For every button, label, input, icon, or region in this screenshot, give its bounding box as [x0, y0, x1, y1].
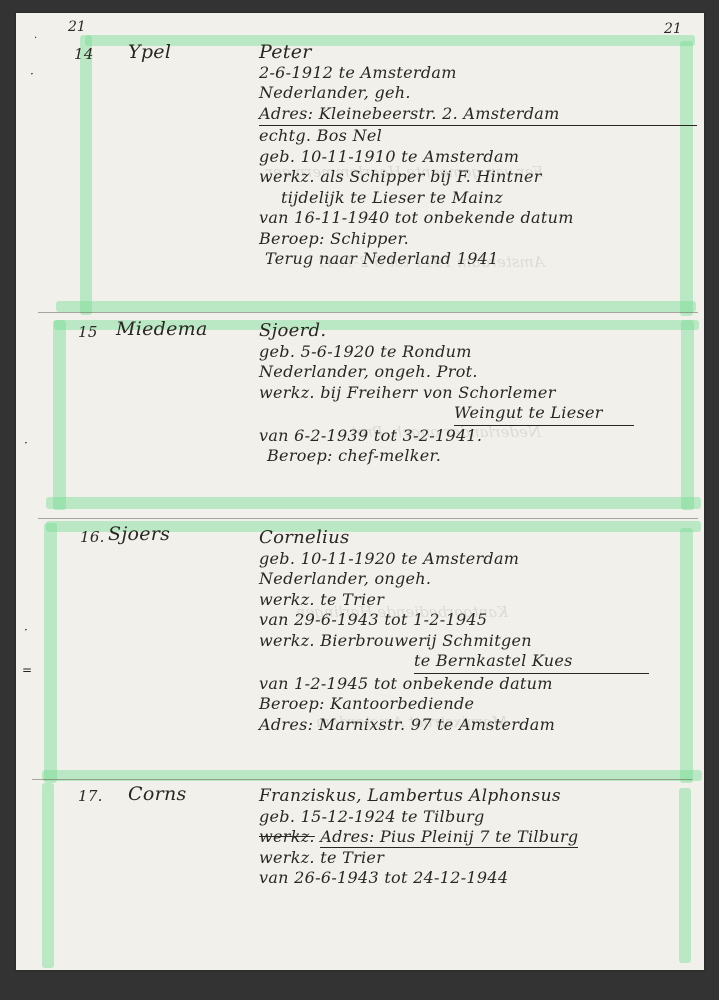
page-number-left: 21 — [68, 19, 86, 35]
highlight-frame-right — [680, 528, 693, 783]
detail-line: werkz. te Trier — [259, 590, 649, 611]
detail-line: Nederlander, geh. — [259, 83, 697, 104]
highlight-frame-bottom — [56, 301, 696, 312]
detail-line: Franziskus, Lambertus Alphonsus — [259, 786, 578, 807]
address-text: Adres: Pius Pleinij 7 te Tilburg — [320, 827, 578, 848]
detail-line: van 1-2-1945 tot onbekende datum — [259, 674, 649, 695]
entry-surname: Miedema — [116, 318, 208, 340]
margin-dot: · — [24, 436, 28, 450]
margin-dot: · — [34, 33, 37, 44]
detail-line: werkz. Adres: Pius Pleinij 7 te Tilburg — [259, 827, 578, 848]
detail-line: geb. 5-6-1920 te Rondum — [259, 342, 634, 363]
scanned-page: Fer van gemeente Haarlemmermeer Amsterda… — [16, 13, 704, 970]
entry-surname: Ypel — [128, 41, 171, 63]
entry-separator — [38, 312, 698, 313]
entry-number: 14 — [74, 45, 94, 63]
margin-dot: · — [30, 67, 34, 81]
entry-details: Franziskus, Lambertus Alphonsus geb. 15-… — [259, 786, 578, 889]
entry-details: Sjoerd. geb. 5-6-1920 te Rondum Nederlan… — [259, 321, 634, 467]
entry-number: 17. — [78, 787, 103, 805]
detail-line: geb. 15-12-1924 te Tilburg — [259, 807, 578, 828]
highlight-frame-right — [681, 320, 694, 510]
struck-word: werkz. — [259, 827, 315, 846]
highlight-frame-bottom — [46, 497, 701, 509]
highlight-frame-left — [80, 35, 92, 315]
detail-line: Beroep: chef-melker. — [259, 446, 634, 467]
detail-line: Nederlander, ongeh. Prot. — [259, 362, 634, 383]
detail-line: Sjoerd. — [259, 321, 634, 342]
detail-line: van 29-6-1943 tot 1-2-1945 — [259, 610, 649, 631]
detail-line: van 16-11-1940 tot onbekende datum — [259, 208, 697, 229]
detail-line: van 26-6-1943 tot 24-12-1944 — [259, 868, 578, 889]
entry-separator — [32, 779, 692, 780]
detail-line: Adres: Marnixstr. 97 te Amsterdam — [259, 715, 649, 736]
detail-line: werkz. Bierbrouwerij Schmitgen — [259, 631, 649, 652]
detail-line: Cornelius — [259, 528, 649, 549]
detail-line: werkz. bij Freiherr von Schorlemer — [259, 383, 634, 404]
highlight-frame-left — [53, 320, 66, 510]
detail-line: 2-6-1912 te Amsterdam — [259, 63, 697, 84]
detail-line: Beroep: Schipper. — [259, 229, 697, 250]
detail-line: Adres: Kleinebeerstr. 2. Amsterdam — [259, 104, 697, 127]
entry-details: Peter 2-6-1912 te Amsterdam Nederlander,… — [259, 42, 697, 270]
highlight-frame-left — [42, 783, 54, 968]
margin-dot: · — [24, 623, 28, 637]
detail-line: werkz. te Trier — [259, 848, 578, 869]
entry-separator — [38, 518, 698, 519]
detail-line: echtg. Bos Nel — [259, 126, 697, 147]
highlight-frame-left — [44, 523, 57, 783]
entry-surname: Corns — [128, 783, 187, 805]
detail-line: van 6-2-1939 tot 3-2-1941. — [259, 426, 634, 447]
detail-line: Terug naar Nederland 1941 — [259, 249, 697, 270]
detail-line: Nederlander, ongeh. — [259, 569, 649, 590]
highlight-frame-right — [679, 788, 691, 963]
detail-line: werkz. als Schipper bij F. Hintner — [259, 167, 697, 188]
entry-details: Cornelius geb. 10-11-1920 te Amsterdam N… — [259, 528, 649, 735]
detail-line: Peter — [259, 42, 697, 63]
entry-surname: Sjoers — [108, 523, 170, 545]
margin-dash: = — [22, 663, 32, 677]
detail-line: tijdelijk te Lieser te Mainz — [259, 188, 697, 209]
entry-number: 15 — [78, 323, 98, 341]
detail-line: geb. 10-11-1920 te Amsterdam — [259, 549, 649, 570]
detail-line: geb. 10-11-1910 te Amsterdam — [259, 147, 697, 168]
detail-line: Weingut te Lieser — [454, 403, 634, 426]
detail-line: te Bernkastel Kues — [414, 651, 649, 674]
detail-line: Beroep: Kantoorbediende — [259, 694, 649, 715]
entry-number: 16. — [80, 528, 105, 546]
